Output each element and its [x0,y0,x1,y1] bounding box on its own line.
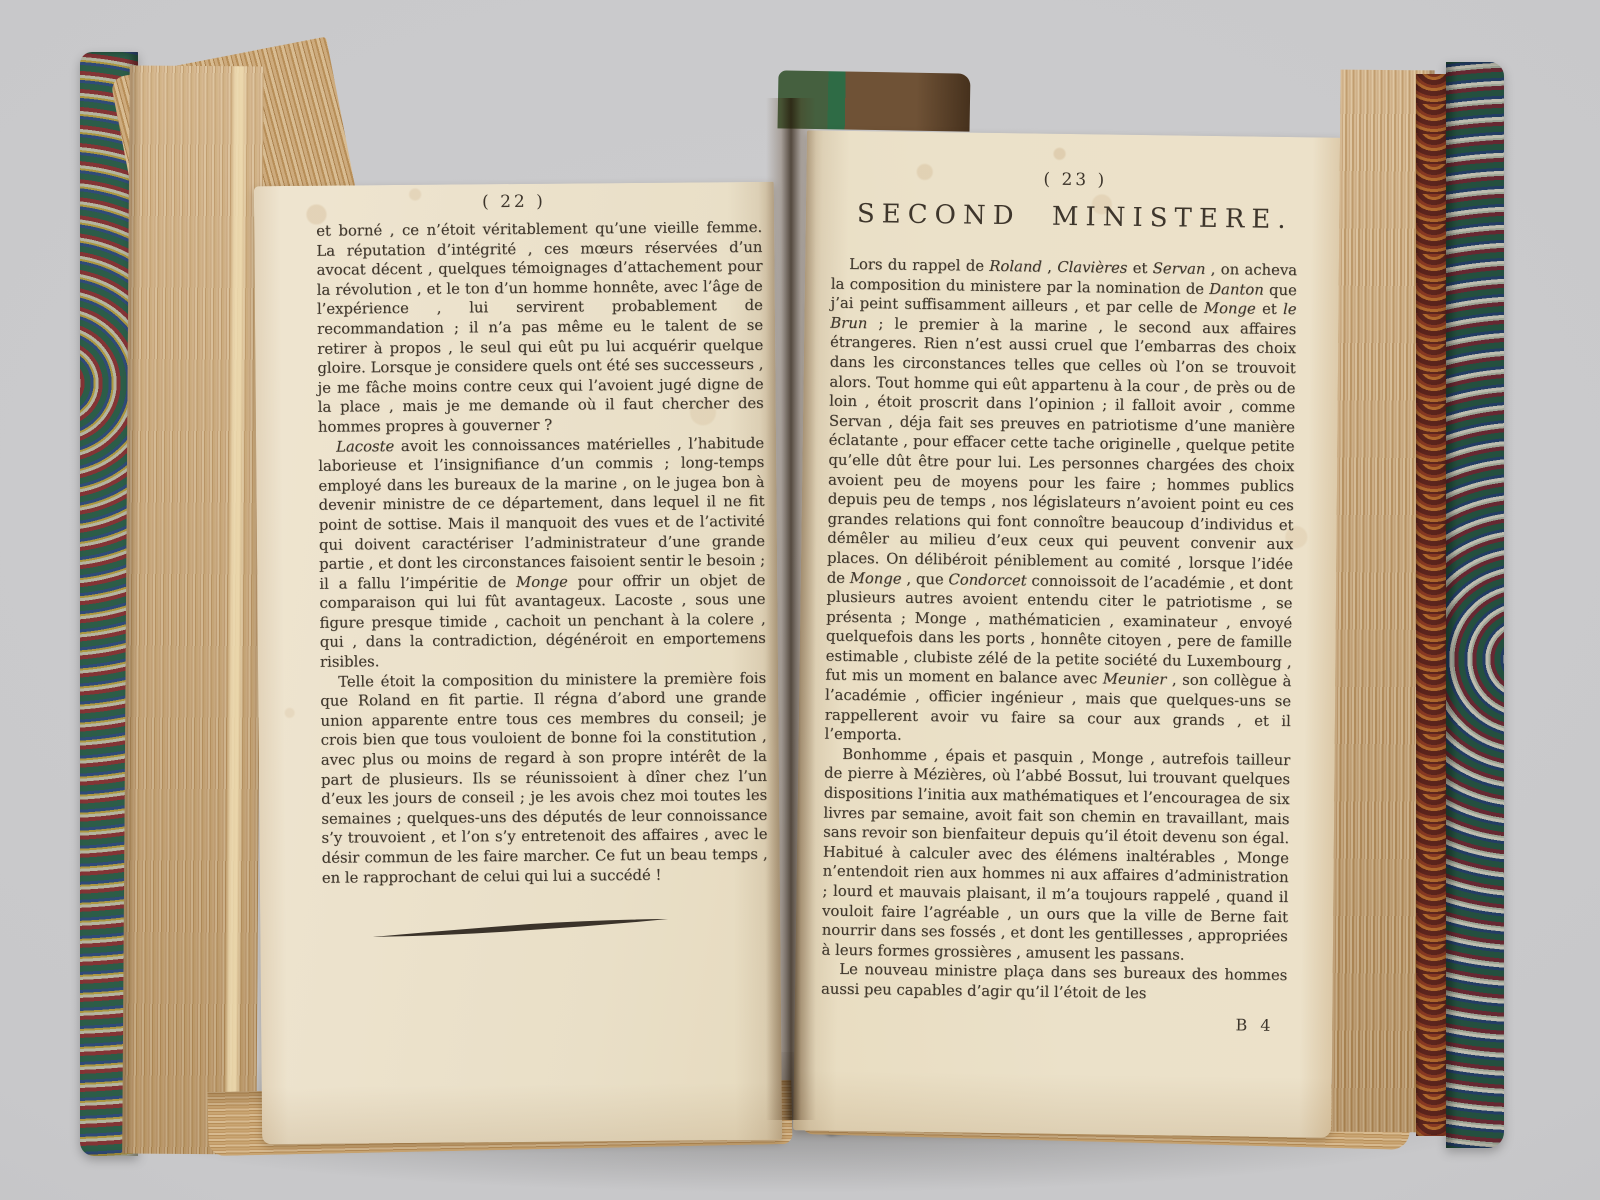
spine-headband [778,70,971,131]
left-page-number: ( 22 ) [254,182,774,215]
chapter-heading: SECOND MINISTERE. [806,198,1344,236]
paragraph: Le nouveau ministre plaça dans ses burea… [821,960,1288,1006]
paragraph: Lors du rappel de Roland , Clavières et … [824,255,1297,751]
left-fore-edge [122,66,264,1155]
right-page-number: ( 23 ) [806,130,1345,194]
left-page: ( 22 ) et borné , ce n’étoit véritableme… [254,182,782,1145]
open-book: ( 22 ) et borné , ce n’étoit véritableme… [80,44,1504,1166]
right-page: ( 23 ) SECOND MINISTERE. Lors du rappel … [793,130,1345,1137]
signature-mark: B 4 [794,1009,1332,1036]
photo-background: ( 22 ) et borné , ce n’étoit véritableme… [0,0,1600,1200]
paragraph: Telle étoit la composition du ministere … [320,668,768,887]
right-page-text: Lors du rappel de Roland , Clavières et … [821,255,1297,1006]
paragraph: Lacoste avoit les connoissances matériel… [318,433,766,672]
left-page-text: et borné , ce n’étoit véritablement qu’u… [316,218,768,888]
paragraph: Bonhomme , épais et pasquin , Monge , au… [821,744,1290,966]
right-cover-marbled-board [1446,62,1504,1148]
section-divider-rule [370,916,670,941]
paragraph: et borné , ce n’étoit véritablement qu’u… [316,218,764,437]
